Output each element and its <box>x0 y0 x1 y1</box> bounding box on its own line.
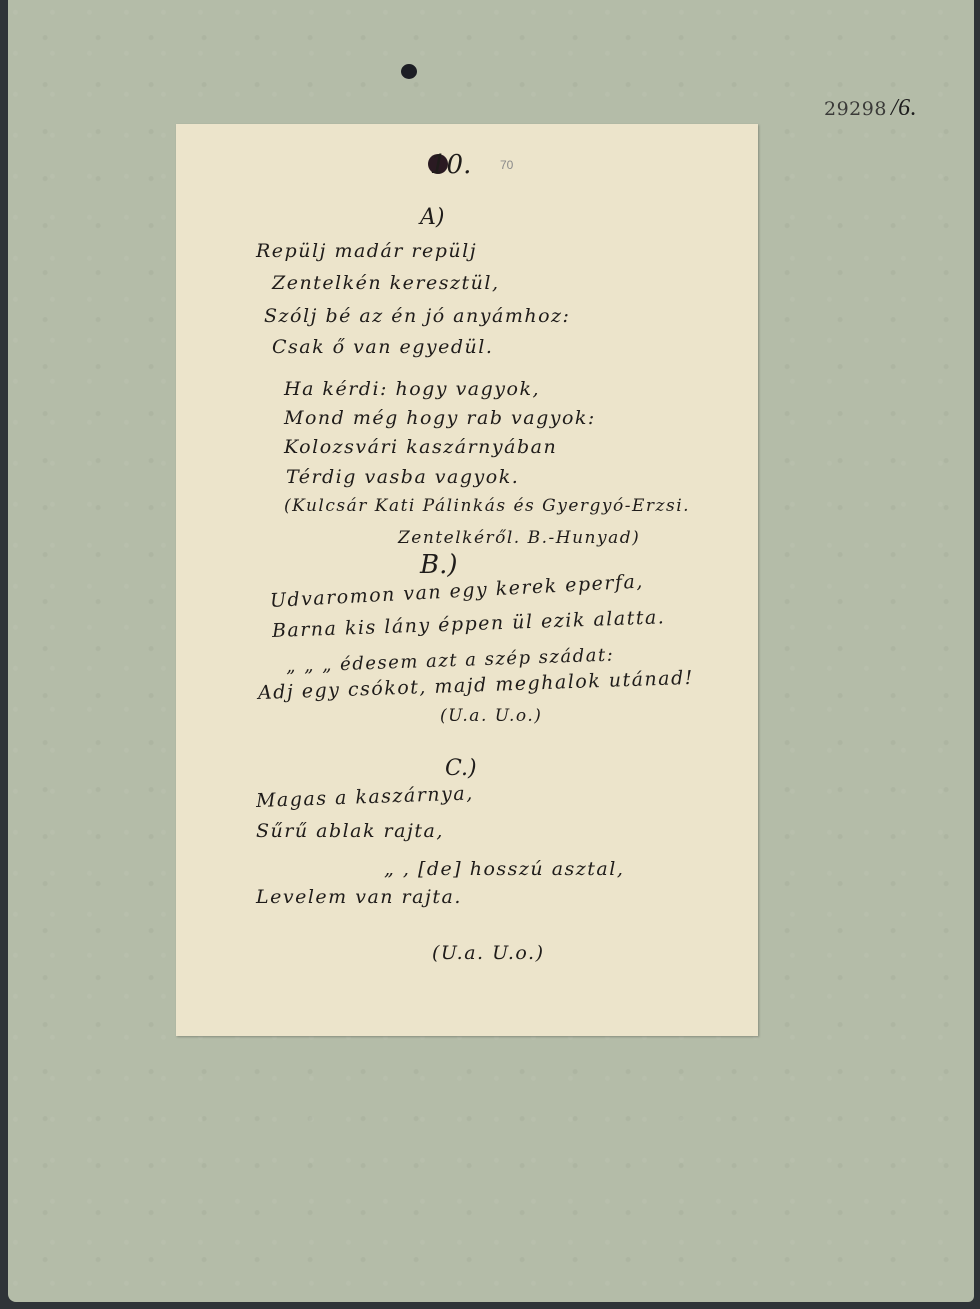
verse-line: Kolozsvári kaszárnyában <box>284 436 557 458</box>
verse-line: Térdig vasba vagyok. <box>286 466 519 488</box>
verse-line: Csak ő van egyedül. <box>272 336 493 358</box>
folio-number: 70 <box>500 158 513 172</box>
archive-number-suffix: /6. <box>891 95 917 121</box>
verse-line: Repülj madár repülj <box>256 240 477 262</box>
verse-line: Szólj bé az én jó anyámhoz: <box>264 305 570 327</box>
archive-number: 29298/6. <box>824 95 917 122</box>
section-c-label: C.) <box>445 756 477 781</box>
source-citation: (Kulcsár Kati Pálinkás és Gyergyó-Erzsi. <box>284 496 690 516</box>
source-citation: Zentelkéről. B.-Hunyad) <box>398 528 640 548</box>
source-citation: (U.a. U.o.) <box>432 942 545 964</box>
section-b-label: B.) <box>420 550 458 580</box>
verse-line: Ha kérdi: hogy vagyok, <box>284 378 540 400</box>
verse-line: „ , [de] hosszú asztal, <box>384 858 624 880</box>
verse-line: Sűrű ablak rajta, <box>256 820 444 842</box>
verse-line: Levelem van rajta. <box>256 886 462 908</box>
verse-line: Mond még hogy rab vagyok: <box>284 407 596 429</box>
source-citation: (U.a. U.o.) <box>440 706 542 726</box>
page-number: 10. <box>430 150 471 180</box>
section-a-label: A) <box>420 205 444 230</box>
punch-hole <box>401 64 417 79</box>
verse-line: Zentelkén keresztül, <box>272 272 500 294</box>
archive-number-value: 29298 <box>824 98 887 120</box>
